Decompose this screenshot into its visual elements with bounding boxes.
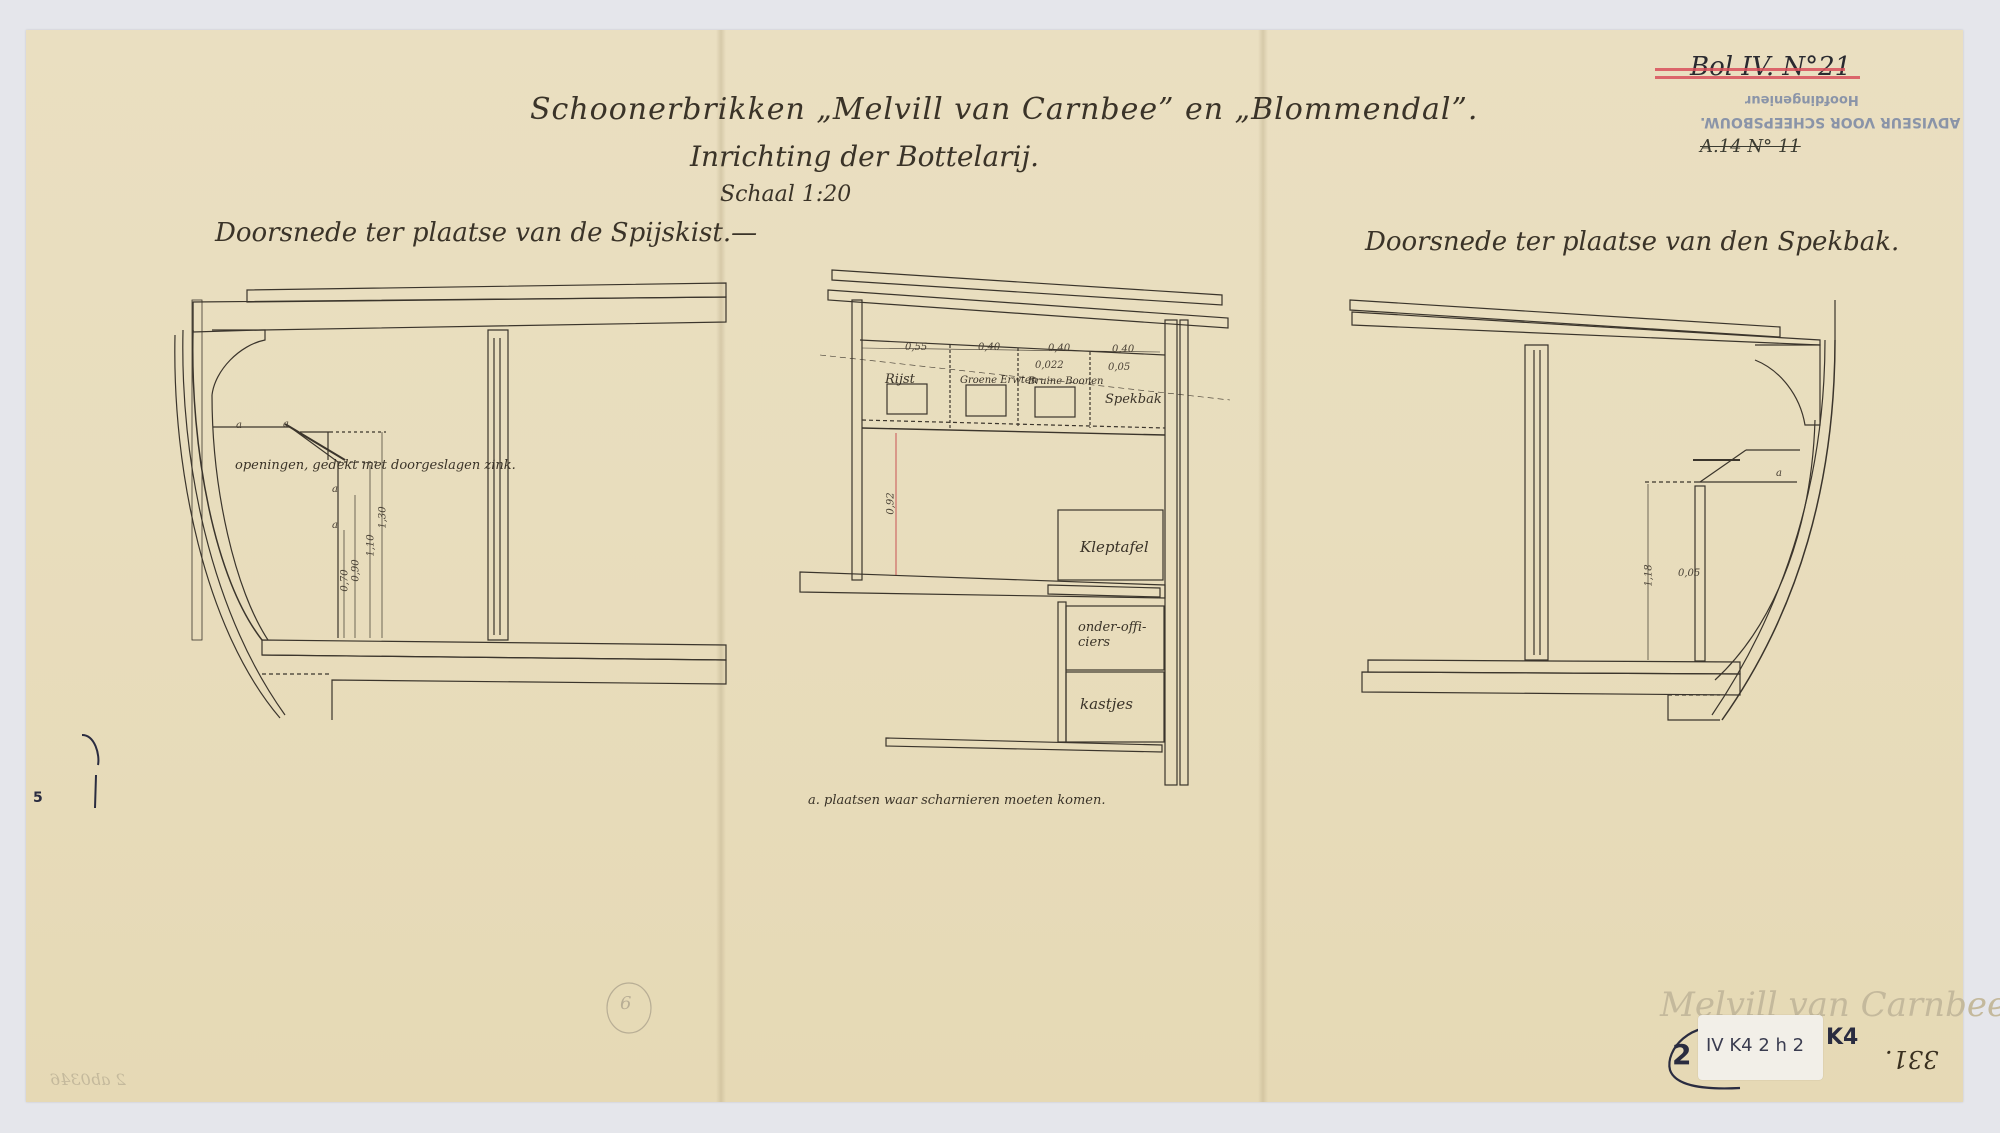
- openings-annotation: openingen, gedekt met doorgeslagen zink.: [235, 458, 516, 473]
- small-dim: 0,05: [1108, 362, 1130, 373]
- faint-pencil-number: 2 ab0346: [50, 1070, 126, 1089]
- faint-circled-mark: 6: [620, 993, 631, 1014]
- height-dim: 0,92: [886, 492, 897, 514]
- compartment-rijst: Rijst: [885, 372, 915, 387]
- k4-mark: K4: [1826, 1025, 1858, 1050]
- dimension-label: 0,90: [351, 559, 362, 581]
- kleptafel-label: Kleptafel: [1080, 538, 1149, 556]
- compartment-spekbak: Spekbak: [1105, 392, 1162, 407]
- width-dim: 0,40: [1048, 343, 1070, 354]
- dimension-label: 0,05: [1678, 568, 1700, 579]
- hinge-mark: a: [283, 419, 289, 430]
- circled-number: 2: [1672, 1038, 1691, 1071]
- small-dim: 0,022: [1035, 360, 1064, 371]
- kastjes-label: kastjes: [1080, 695, 1133, 713]
- hinge-mark: a: [236, 420, 242, 431]
- compartment-bruine-boonen: Bruine Boonen: [1028, 376, 1104, 387]
- catalogue-sticker: IV K4 2 h 2: [1698, 1015, 1823, 1080]
- right-section-drawing: [1350, 300, 1835, 720]
- left-section-drawing: [175, 283, 726, 720]
- dimension-label: 0,70: [340, 569, 351, 591]
- dimension-label: 1,18: [1644, 564, 1655, 586]
- onderofficiers-label: onder-offi-ciers: [1078, 620, 1158, 650]
- sheet-number: 331.: [1885, 1045, 1938, 1073]
- dimension-label: 1,30: [378, 506, 389, 528]
- width-dim: 0,40: [1112, 344, 1134, 355]
- hinge-mark: a: [1776, 468, 1782, 479]
- hinge-footnote: a. plaatsen waar scharnieren moeten kome…: [808, 793, 1106, 808]
- hinge-mark: a: [332, 520, 338, 531]
- dimension-label: 1,10: [366, 534, 377, 556]
- width-dim: 0,40: [978, 342, 1000, 353]
- catalogue-code: IV K4 2 h 2: [1706, 1035, 1804, 1056]
- center-section-drawing: [800, 270, 1230, 785]
- technical-drawing: [0, 0, 2000, 1133]
- compartment-groene-erwten: Groene Erwten: [960, 375, 1037, 386]
- hinge-mark: a: [332, 484, 338, 495]
- margin-mark: 5: [33, 790, 43, 806]
- width-dim: 0,55: [905, 342, 927, 353]
